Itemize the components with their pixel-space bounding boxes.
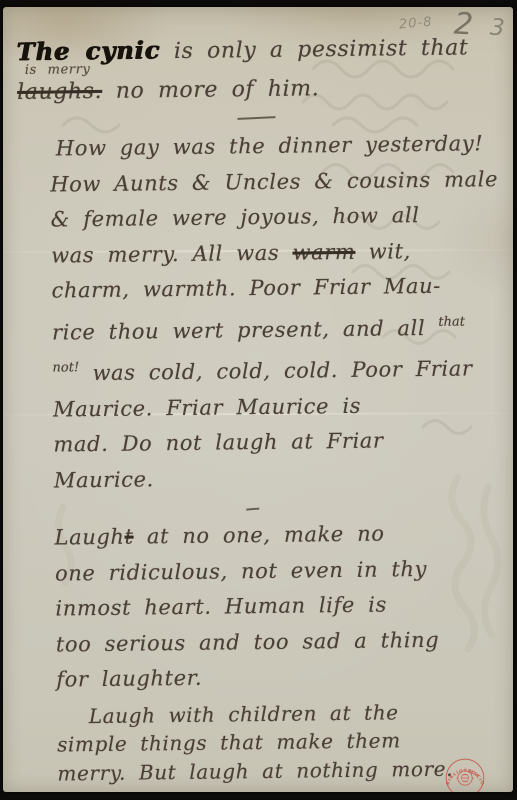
struck-out-text: laughs.is merry [17,79,102,105]
paragraph: The cynic is only a pessimist thatlaughs… [16,26,501,112]
struck-out-text: t [124,525,133,549]
paragraph: How gay was the dinner yesterday!How Aun… [50,126,506,498]
manuscript-line: laughs.is merry no more of him. [17,67,501,112]
section-divider [246,508,259,511]
handwritten-text: charm, warmth. Poor Friar Mau- [51,274,441,303]
handwritten-text: merry. But laugh at nothing more. [57,756,453,785]
handwritten-text: no more of him. [102,76,319,104]
manuscript-line: & female were joyous, how all [50,197,502,238]
handwritten-text: was merry. All was [51,240,293,267]
manuscript-page: 20-8 2 3 The cynic is only a pessimist t… [3,7,513,792]
handwritten-text: one ridiculous, not even in thy [55,556,427,585]
manuscript-line: charm, warmth. Poor Friar Mau- [51,268,503,309]
manuscript-text: The cynic is only a pessimist thatlaughs… [12,26,509,788]
handwritten-text: Laugh with children at the [89,700,399,728]
manuscript-line: one ridiculous, not even in thy [55,551,507,592]
handwritten-text: Maurice. [54,467,154,492]
manuscript-line: inmost heart. Human life is [55,586,507,627]
inserted-text: not! [52,360,79,375]
handwritten-text: was cold, cold, cold. Poor Friar [79,356,473,385]
section-divider [237,116,275,120]
manuscript-line: Maurice. [54,458,506,499]
library-stamp: BIBLIOTECA NACIONAL [430,756,500,792]
manuscript-line: mad. Do not laugh at Friar [53,422,505,463]
manuscript-line: was merry. All was warm wit, [51,233,503,274]
manuscript-line: How gay was the dinner yesterday! [56,126,502,167]
handwritten-text: wit, [355,239,411,264]
manuscript-line: Laught at no one, make no [54,515,506,556]
manuscript-line: rice thou wert present, and all that [52,304,504,351]
handwritten-text: How gay was the dinner yesterday! [56,131,484,160]
manuscript-line: How Aunts & Uncles & cousins male [50,162,502,203]
inserted-text: is merry [25,63,91,77]
handwritten-text: inmost heart. Human life is [55,592,387,620]
handwritten-text: How Aunts & Uncles & cousins male [50,167,498,196]
manuscript-line: Maurice. Friar Maurice is [53,387,505,428]
paragraph: Laught at no one, make noone ridiculous,… [54,515,508,698]
handwritten-text: Laugh [54,525,124,550]
manuscript-line: for laughter. [56,657,508,698]
handwritten-text: too serious and too sad a thing [56,627,440,656]
handwritten-text: simple things that make them [57,728,401,756]
handwritten-text: mad. Do not laugh at Friar [53,429,383,457]
photograph-background: 20-8 2 3 The cynic is only a pessimist t… [0,0,517,800]
manuscript-line: not! was cold, cold, cold. Poor Friar [52,345,504,392]
handwritten-text: is only a pessimist that [160,35,468,64]
manuscript-line: too serious and too sad a thing [56,622,508,663]
handwritten-text: for laughter. [56,666,202,692]
handwritten-text: rice thou wert present, and all [52,315,439,344]
handwritten-text: Maurice. Friar Maurice is [53,393,361,421]
struck-out-text: warm [292,239,355,264]
handwritten-text: & female were joyous, how all [51,203,420,232]
handwritten-text: at no one, make no [133,522,384,549]
inserted-text: that [438,314,465,329]
